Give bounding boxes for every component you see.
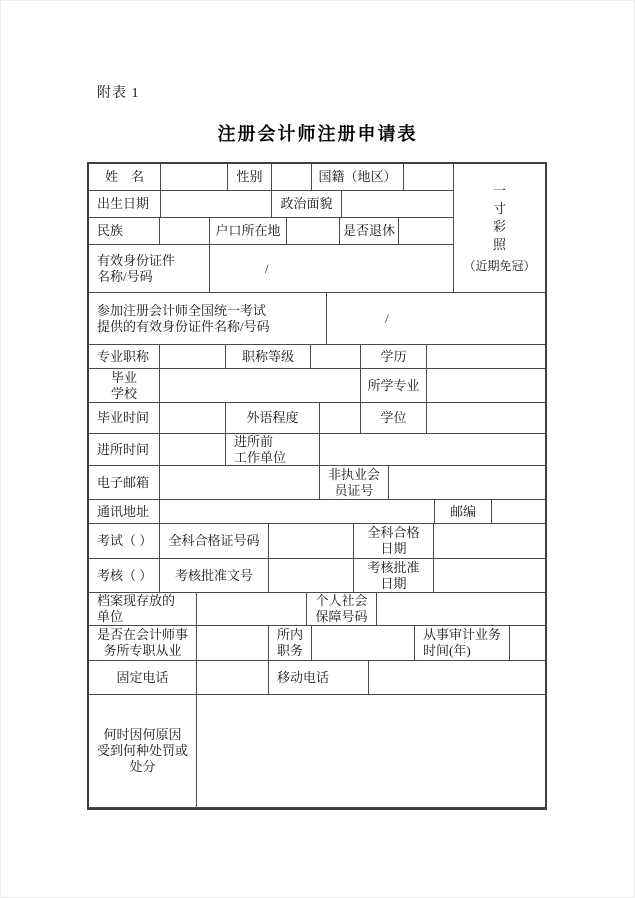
- field-education-label: 学历: [361, 345, 427, 369]
- table-row: 档案现存放的 单位 个人社会 保障号码: [89, 593, 545, 626]
- field-assessment-date-value-cell: [434, 559, 545, 593]
- field-postcode-label: 邮编: [435, 500, 492, 524]
- field-foreign-lang-label: 外语程度: [226, 403, 320, 434]
- table-row: 通讯地址 邮编: [89, 500, 545, 524]
- field-join-time-value-cell: [160, 434, 226, 466]
- field-archive-unit-label: 档案现存放的 单位: [89, 593, 197, 626]
- application-form-table: 姓 名 性别 国籍（地区） 出生日期 政治面貌 民族 户口所在地 是否退休 有效…: [87, 162, 547, 810]
- field-foreign-lang-value-cell: [320, 403, 361, 434]
- field-assessment-label: 考核（ ）: [89, 559, 160, 593]
- field-prof-title-label: 专业职称: [89, 345, 160, 369]
- field-grad-time-label: 毕业时间: [89, 403, 160, 434]
- field-landline-label: 固定电话: [89, 661, 197, 695]
- document-page: 附表 1 注册会计师注册申请表 姓 名 性别 国籍（地区） 出生日期 政治面貌 …: [0, 0, 635, 898]
- table-row: 考试（ ） 全科合格证号码 全科合格 日期: [89, 524, 545, 559]
- field-ssn-value-cell: [377, 593, 545, 626]
- field-birth-date-value-cell: [161, 191, 272, 218]
- field-ssn-label: 个人社会 保障号码: [307, 593, 377, 626]
- field-assessment-doc-no-value-cell: [269, 559, 354, 593]
- field-grad-school-value-cell: [160, 369, 361, 403]
- field-penalty-value-cell: [197, 695, 545, 808]
- field-firm-position-value-cell: [312, 626, 415, 661]
- field-address-value-cell: [160, 500, 435, 524]
- field-political-status-label: 政治面貌: [272, 191, 342, 218]
- field-grad-school-label: 毕业 学校: [89, 369, 160, 403]
- field-assessment-date-label: 考核批准 日期: [354, 559, 434, 593]
- field-education-value-cell: [427, 345, 545, 369]
- field-postcode-value-cell: [492, 500, 545, 524]
- table-row: 毕业时间 外语程度 学位: [89, 403, 545, 434]
- field-id-doc-label: 有效身份证件 名称/号码: [89, 245, 210, 293]
- field-major-label: 所学专业: [361, 369, 427, 403]
- field-exam-cert-no-label: 全科合格证号码: [160, 524, 269, 559]
- photo-box: 一 寸 彩 照 （近期免冠）: [454, 164, 545, 293]
- field-title-level-label: 职称等级: [226, 345, 311, 369]
- field-prof-title-value-cell: [160, 345, 226, 369]
- field-name-value-cell: [161, 164, 228, 191]
- field-retired-value-cell: [399, 218, 454, 245]
- appendix-label: 附表 1: [97, 82, 140, 102]
- field-audit-years-label: 从事审计业务 时间(年): [415, 626, 510, 661]
- field-grad-time-value-cell: [160, 403, 226, 434]
- field-degree-value-cell: [427, 403, 545, 434]
- field-exam-pass-date-value-cell: [434, 524, 545, 559]
- table-row: 固定电话 移动电话: [89, 661, 545, 695]
- field-assessment-doc-no-label: 考核批准文号: [160, 559, 269, 593]
- field-address-label: 通讯地址: [89, 500, 160, 524]
- field-email-value-cell: [160, 466, 320, 500]
- field-ethnicity-label: 民族: [89, 218, 160, 245]
- field-join-time-label: 进所时间: [89, 434, 160, 466]
- field-exam-id-doc-value-cell: /: [327, 293, 545, 345]
- field-exam-label: 考试（ ）: [89, 524, 160, 559]
- field-landline-value-cell: [197, 661, 269, 695]
- field-nonpracticing-no-value-cell: [389, 466, 545, 500]
- field-retired-label: 是否退休: [340, 218, 399, 245]
- form-title: 注册会计师注册申请表: [0, 120, 635, 146]
- field-prev-employer-value-cell: [320, 434, 545, 466]
- field-major-value-cell: [427, 369, 545, 403]
- field-fulltime-at-firm-value-cell: [197, 626, 269, 661]
- field-id-doc-value-cell: /: [210, 245, 454, 293]
- field-nonpracticing-no-label: 非执业会 员证号: [320, 466, 389, 500]
- field-nationality-value-cell: [404, 164, 454, 191]
- field-household-location-value-cell: [287, 218, 340, 245]
- field-household-location-label: 户口所在地: [210, 218, 287, 245]
- table-row: 专业职称 职称等级 学历: [89, 345, 545, 369]
- field-exam-id-doc-label: 参加注册会计师全国统一考试 提供的有效身份证件名称/号码: [89, 293, 327, 345]
- field-birth-date-label: 出生日期: [89, 191, 161, 218]
- field-mobile-value-cell: [369, 661, 545, 695]
- field-nationality-label: 国籍（地区）: [312, 164, 404, 191]
- field-fulltime-at-firm-label: 是否在会计师事 务所专职从业: [89, 626, 197, 661]
- field-title-level-value-cell: [311, 345, 361, 369]
- field-exam-cert-no-value-cell: [269, 524, 354, 559]
- table-row: 毕业 学校 所学专业: [89, 369, 545, 403]
- photo-box-vertical-label: 一 寸 彩 照: [493, 182, 506, 254]
- table-row: 何时因何原因 受到何种处罚或 处分: [89, 695, 545, 808]
- field-degree-label: 学位: [361, 403, 427, 434]
- field-political-status-value-cell: [342, 191, 454, 218]
- table-row: 电子邮箱 非执业会 员证号: [89, 466, 545, 500]
- table-row: 进所时间 进所前 工作单位: [89, 434, 545, 466]
- field-gender-value-cell: [272, 164, 312, 191]
- photo-box-note: （近期免冠）: [463, 257, 535, 274]
- field-archive-unit-value-cell: [197, 593, 307, 626]
- field-mobile-label: 移动电话: [269, 661, 369, 695]
- field-gender-label: 性别: [228, 164, 272, 191]
- table-row: 是否在会计师事 务所专职从业 所内 职务 从事审计业务 时间(年): [89, 626, 545, 661]
- field-firm-position-label: 所内 职务: [269, 626, 312, 661]
- field-name-label: 姓 名: [89, 164, 161, 191]
- field-penalty-label: 何时因何原因 受到何种处罚或 处分: [89, 695, 197, 808]
- field-exam-pass-date-label: 全科合格 日期: [354, 524, 434, 559]
- field-ethnicity-value-cell: [160, 218, 210, 245]
- table-row: 参加注册会计师全国统一考试 提供的有效身份证件名称/号码 /: [89, 293, 545, 345]
- field-email-label: 电子邮箱: [89, 466, 160, 500]
- table-row: 考核（ ） 考核批准文号 考核批准 日期: [89, 559, 545, 593]
- field-prev-employer-label: 进所前 工作单位: [226, 434, 320, 466]
- field-audit-years-value-cell: [510, 626, 545, 661]
